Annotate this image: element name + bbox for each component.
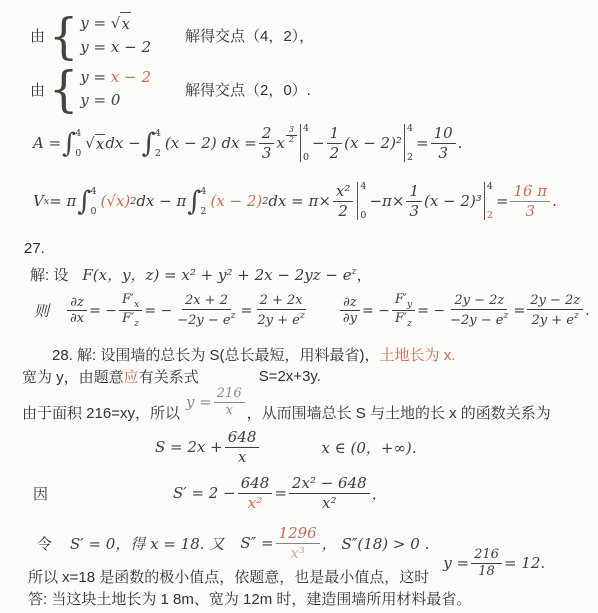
raised-fraction: y = 21618 = 12 . — [443, 547, 545, 579]
sqrt-icon: √ — [85, 134, 95, 152]
equation: y = 0 — [80, 89, 151, 112]
fraction: 13 — [406, 182, 422, 221]
evaluation-bar: 40 — [300, 124, 309, 162]
area-integral-equation: A = ∫40 √x dx − ∫42 (x − 2) dx = 23 x32 … — [33, 124, 462, 163]
system-2-result: 解得交点（2，0）. — [185, 79, 311, 100]
volume-integral-equation: Vx = π ∫40 (√x)2 dx − π ∫42 (x − 2)2 dx … — [33, 182, 557, 221]
integral-icon: ∫40 — [77, 186, 99, 217]
fraction: 2y − 2z−2y − ez — [447, 293, 511, 328]
equation: y = √x — [80, 12, 151, 36]
red-term: (x − 2) — [210, 192, 262, 210]
system-2: 由 { y = x − 2 y = 0 解得交点（2，0）. — [30, 66, 311, 113]
critical-point-line: 令 S′ = 0，得 x = 18. 又 S″ = 1296x³ ， S″(18… — [37, 524, 429, 563]
red-term: (√x) — [101, 192, 131, 210]
evaluation-bar: 42 — [484, 182, 493, 220]
sqrt-icon: √ — [111, 12, 121, 35]
problem-number-27: 27. — [24, 240, 45, 257]
system-2-prefix: 由 — [30, 79, 45, 100]
final-answer-line: 答: 当这块土地长为 1 8m、宽为 12m 时，建造围墙所用材料最省。 — [28, 588, 471, 609]
system-1-equations: y = √x y = x − 2 — [80, 12, 151, 60]
equation: y = x − 2 — [80, 66, 151, 89]
system-2-equations: y = x − 2 y = 0 — [80, 66, 151, 113]
fy-over-fz: F′yF′z — [392, 292, 415, 330]
integral-icon: ∫40 — [62, 128, 84, 159]
fraction: 1296x³ — [276, 524, 320, 563]
evaluation-bar: 40 — [357, 182, 366, 220]
fraction: 2y − 2z2y + ez — [527, 293, 583, 328]
raised-fraction: y = 216x — [186, 386, 247, 418]
fraction: 648x² — [238, 474, 273, 513]
derivative-equation: 因 S′ = 2 − 648x² = 2x² − 648x² ， — [33, 474, 387, 513]
fraction: 23 — [259, 124, 275, 163]
dz-dx: ∂z∂x — [67, 295, 87, 327]
brace-icon: { — [49, 12, 78, 60]
fraction: 2x² − 648x² — [289, 474, 370, 513]
exponent-fraction: 32 — [286, 126, 297, 145]
brace-icon: { — [49, 65, 78, 113]
fraction: 648x — [225, 428, 260, 467]
partial-derivatives-equation: 则 ∂z∂x = − F′xF′z = − 2x + 2−2y − ez = 2… — [34, 292, 590, 330]
problem-28-setup: 28. 解: 设围墙的总长为 S(总长最短，用料最省)， 土地长为 x. — [52, 344, 455, 365]
relation-line: 宽为 y，由题意 应 有关系式 S=2x+3y. — [22, 366, 321, 387]
sqrt-term: √x — [85, 134, 105, 153]
fraction: 103 — [431, 124, 456, 163]
fraction: 2 + 2x2y + ez — [254, 293, 307, 328]
integral-icon: ∫42 — [187, 186, 209, 217]
equation: y = x − 2 — [80, 36, 151, 59]
fraction: x²2 — [333, 182, 353, 221]
area-relation-line: 由于面积 216=xy，所以 y = 216x ， 从而围墙总长 S 与土地的长… — [22, 396, 551, 428]
define-f-equation: 解: 设 F(x，y，z) = x² + y² + 2x − 2yz − ez， — [30, 264, 372, 285]
red-term: x − 2 — [111, 68, 151, 86]
system-1-result: 解得交点（4，2）， — [185, 25, 314, 46]
integral-icon: ∫42 — [142, 128, 164, 159]
system-1: 由 { y = √x y = x − 2 解得交点（4，2）， — [30, 12, 314, 60]
domain-text: x ∈ (0，+∞)． — [321, 437, 426, 458]
red-numerator: 1296 — [276, 524, 320, 544]
red-denominator: x² — [245, 494, 265, 513]
system-1-prefix: 由 — [30, 25, 45, 46]
red-char: 应 — [124, 366, 139, 387]
fraction: 12 — [327, 124, 343, 163]
fraction: 2x + 2−2y − ez — [174, 293, 238, 328]
s-function-equation: S = 2x + 648x x ∈ (0，+∞)． — [155, 428, 427, 467]
red-result-fraction: 16 π3 — [510, 182, 550, 221]
red-text: 土地长为 x. — [380, 344, 456, 365]
evaluation-bar: 42 — [404, 124, 413, 162]
relation-formula: S=2x+3y. — [259, 368, 321, 385]
dz-dy: ∂z∂y — [340, 295, 360, 327]
fx-over-fz: F′xF′z — [119, 292, 142, 330]
